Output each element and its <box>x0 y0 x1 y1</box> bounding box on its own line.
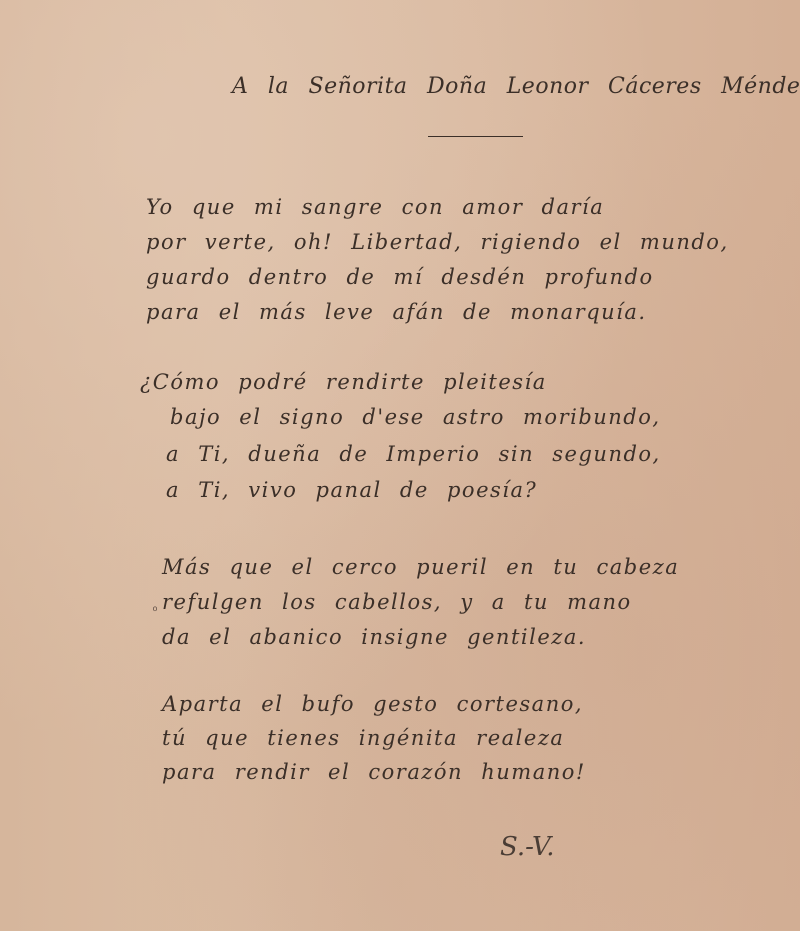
title-divider <box>428 136 523 137</box>
verse-line: para rendir el corazón humano! <box>162 760 586 784</box>
verse-line: Más que el cerco pueril en tu cabeza <box>162 555 679 579</box>
verse-line: bajo el signo d'ese astro moribundo, <box>170 405 661 429</box>
verse-line: para el más leve afán de monarquía. <box>146 300 647 324</box>
dedication: A la Señorita Doña Leonor Cáceres Méndez… <box>232 74 800 99</box>
verse-line: guardo dentro de mí desdén profundo <box>146 265 654 289</box>
verse-line: a Ti, dueña de Imperio sin segundo, <box>166 442 661 466</box>
signature: S.-V. <box>500 832 555 862</box>
manuscript-page: A la Señorita Doña Leonor Cáceres Méndez… <box>0 0 800 931</box>
verse-line: Yo que mi sangre con amor daría <box>146 195 604 219</box>
verse-line: por verte, oh! Libertad, rigiendo el mun… <box>146 230 729 254</box>
verse-line: tú que tienes ingénita realeza <box>162 726 564 750</box>
verse-line: Aparta el bufo gesto cortesano, <box>162 692 583 716</box>
verse-line: ¿Cómo podré rendirte pleitesía <box>140 370 547 394</box>
verse-line: da el abanico insigne gentileza. <box>162 625 586 649</box>
verse-line: a Ti, vivo panal de poesía? <box>166 478 537 502</box>
verse-line: refulgen los cabellos, y a tu mano <box>162 590 632 614</box>
